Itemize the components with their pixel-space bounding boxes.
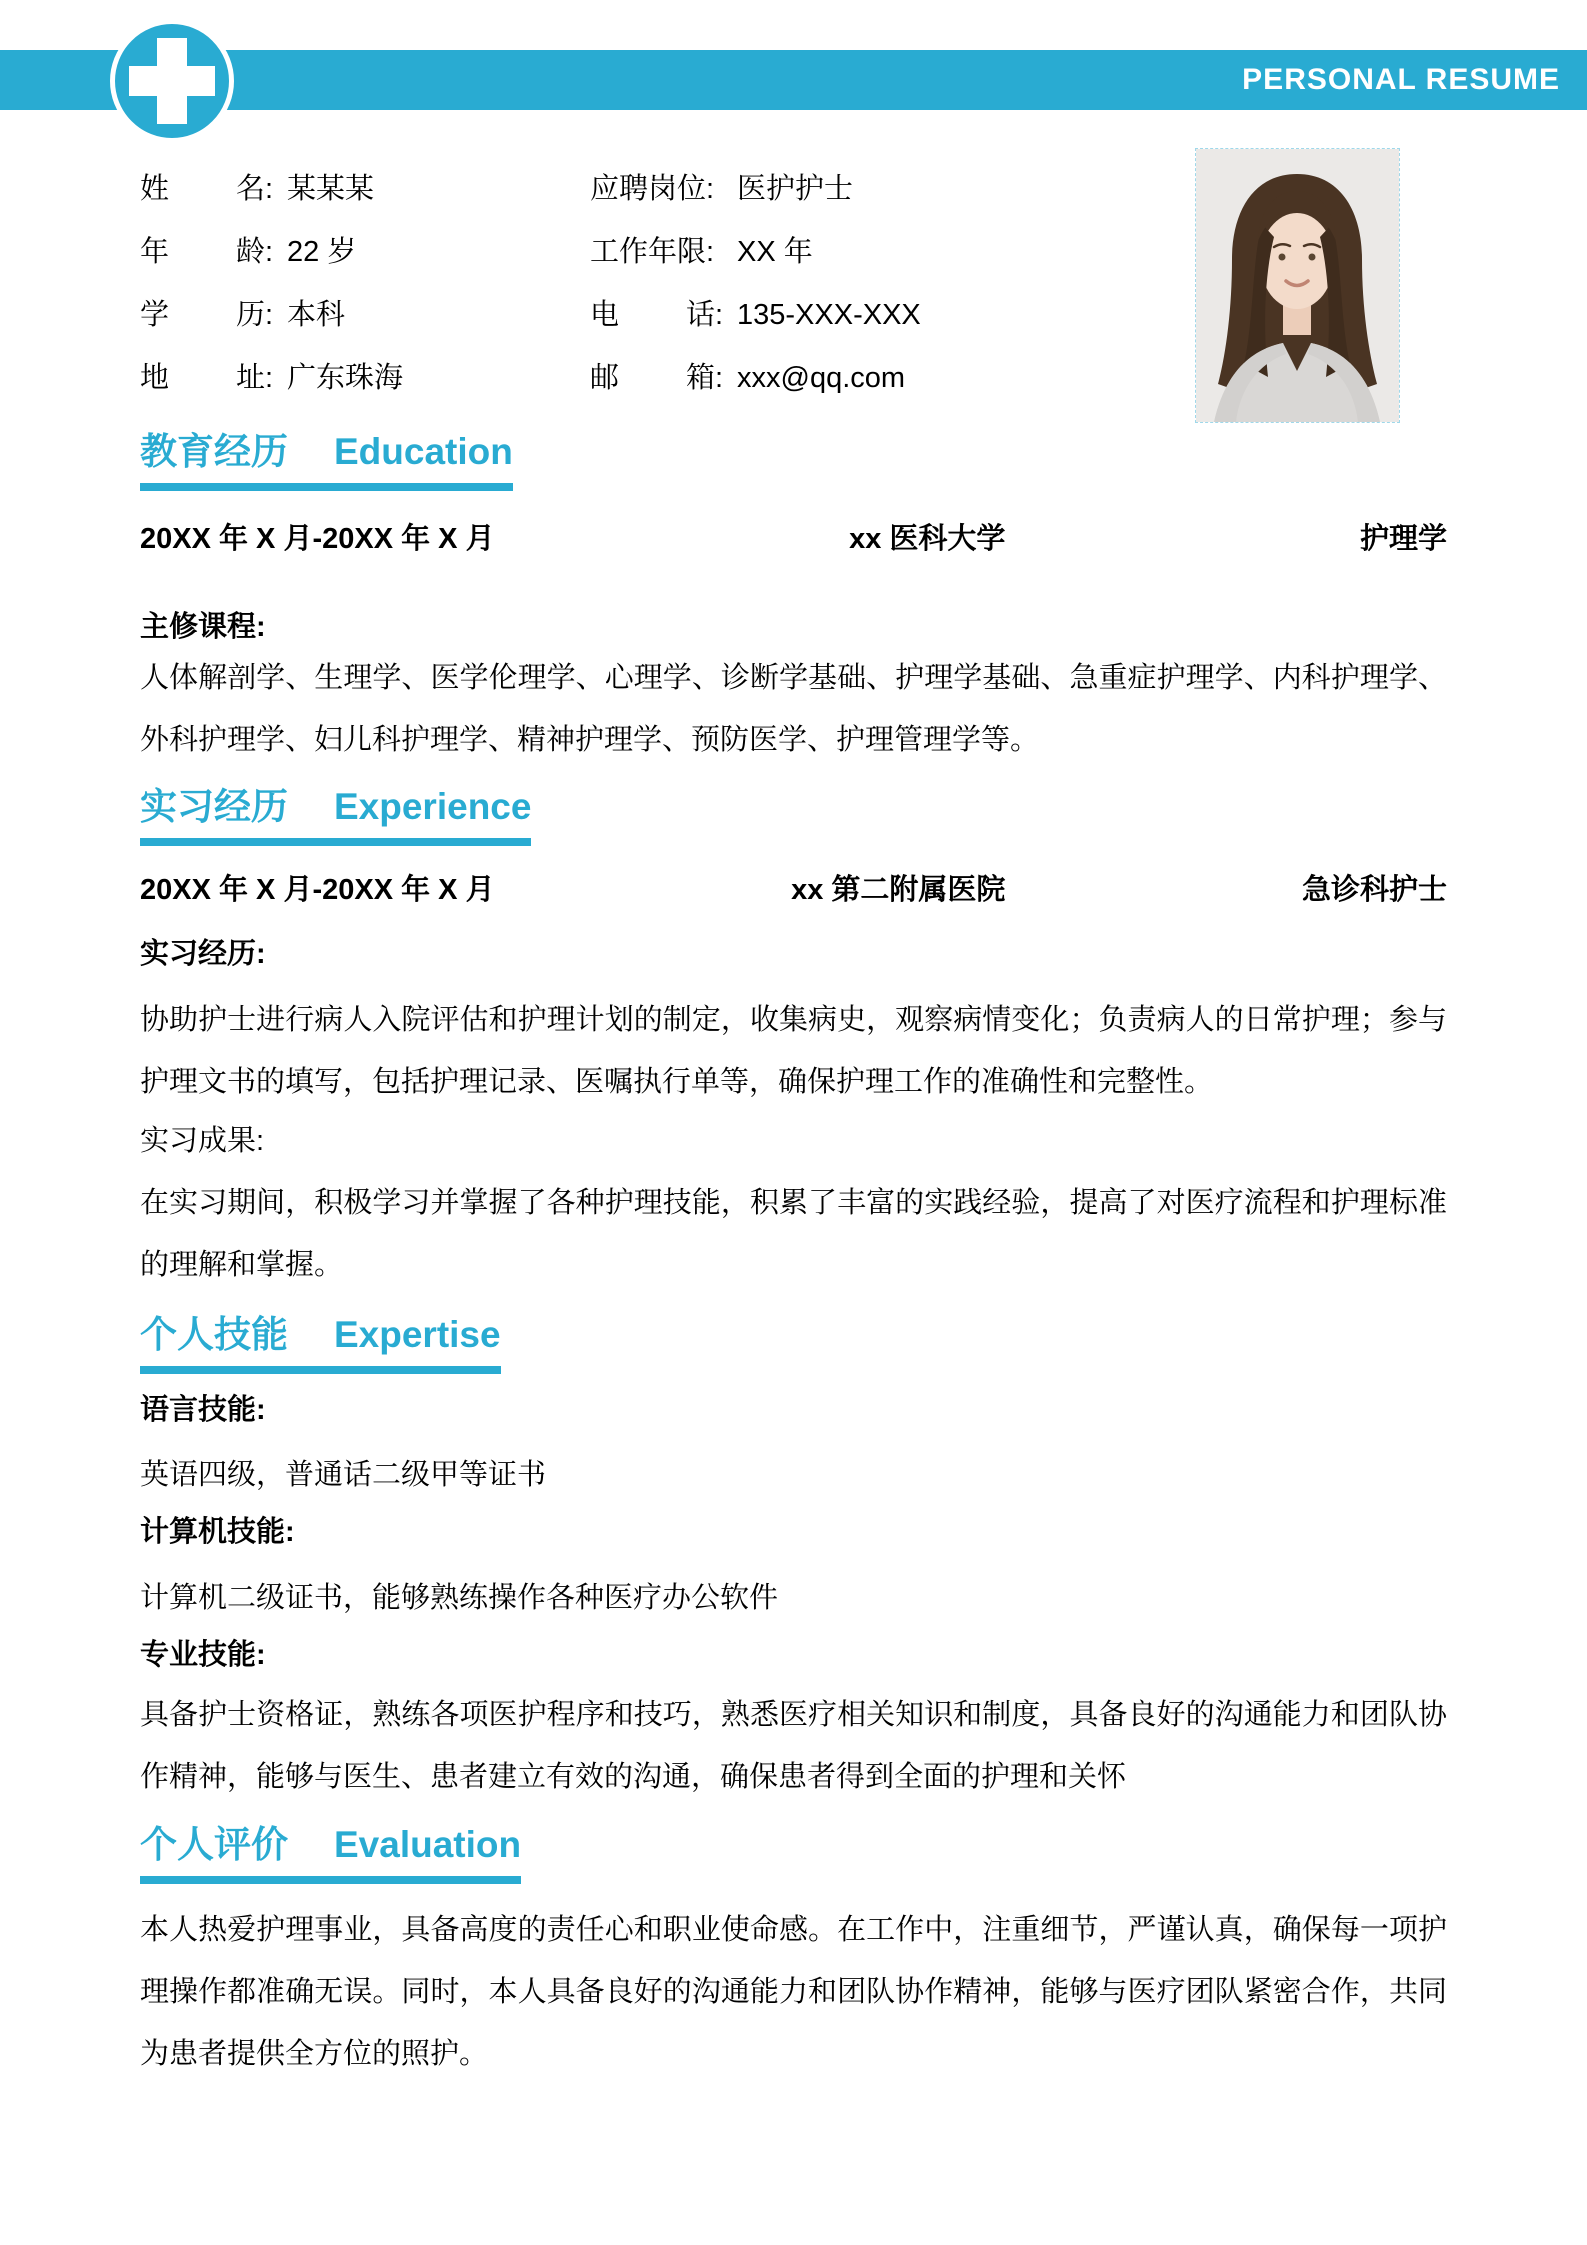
info-label: 工作年限:	[590, 221, 714, 284]
professional-skill-text: 具备护士资格证，熟练各项医护程序和技巧，熟悉医疗相关知识和制度，具备良好的沟通能…	[140, 1684, 1447, 1808]
profile-photo	[1195, 148, 1400, 423]
section-header-expertise: 个人技能Expertise	[140, 1313, 501, 1374]
document-body: 姓名:某某某 年龄:22 岁 学历:本科 地址:广东珠海 应聘岗位:医护护士	[140, 150, 1447, 2085]
education-section: 教育经历Education 20XX 年 X 月-20XX 年 X 月 xx 医…	[140, 410, 1447, 771]
info-row-phone: 电话:135-XXX-XXX	[590, 284, 1150, 347]
resume-page: PERSONAL RESUME 姓名:某某某 年龄:22 岁 学历:本科 地址:…	[0, 0, 1587, 2245]
info-label: 龄:	[236, 221, 273, 284]
info-value: XX 年	[737, 236, 813, 268]
section-title-en: Education	[334, 431, 513, 472]
section-title-en: Experience	[334, 786, 531, 827]
info-label: 学	[140, 284, 169, 347]
education-period: 20XX 年 X 月-20XX 年 X 月	[140, 519, 495, 559]
section-title-zh: 个人评价	[140, 1824, 288, 1865]
computer-skill-text: 计算机二级证书，能够熟练操作各种医疗办公软件	[140, 1567, 1447, 1629]
info-label: 邮	[590, 347, 619, 410]
section-header-experience: 实习经历Experience	[140, 785, 531, 846]
info-right-column: 应聘岗位:医护护士 工作年限:XX 年 电话:135-XXX-XXX 邮箱:xx…	[590, 158, 1150, 410]
section-header-evaluation: 个人评价Evaluation	[140, 1823, 521, 1884]
medical-cross-logo-icon	[110, 19, 234, 143]
info-value: 本科	[287, 299, 345, 331]
education-major: 护理学	[1360, 519, 1447, 559]
info-value: xxx@qq.com	[737, 362, 905, 394]
internship-results-label: 实习成果:	[140, 1121, 1447, 1161]
info-label: 地	[140, 347, 169, 410]
experience-period: 20XX 年 X 月-20XX 年 X 月	[140, 870, 495, 910]
internship-duties-text: 协助护士进行病人入院评估和护理计划的制定，收集病史，观察病情变化；负责病人的日常…	[140, 989, 1447, 1113]
computer-skill-label: 计算机技能:	[140, 1512, 1447, 1552]
info-label: 姓	[140, 158, 169, 221]
experience-section: 实习经历Experience 20XX 年 X 月-20XX 年 X 月 xx …	[140, 771, 1447, 1296]
courses-text: 人体解剖学、生理学、医学伦理学、心理学、诊断学基础、护理学基础、急重症护理学、内…	[140, 647, 1447, 771]
info-row-position: 应聘岗位:医护护士	[590, 158, 1150, 221]
info-value: 广东珠海	[287, 362, 403, 394]
section-header-education: 教育经历Education	[140, 430, 513, 491]
info-label: 址:	[236, 347, 273, 410]
info-value: 某某某	[287, 173, 374, 205]
section-title-zh: 实习经历	[140, 786, 288, 827]
info-label: 年	[140, 221, 169, 284]
section-title-en: Evaluation	[334, 1824, 521, 1865]
professional-skill-label: 专业技能:	[140, 1635, 1447, 1675]
internship-duties-label: 实习经历:	[140, 934, 1447, 974]
info-row-age: 年龄:22 岁	[140, 221, 590, 284]
info-label: 话:	[686, 284, 723, 347]
section-title-zh: 教育经历	[140, 431, 288, 472]
language-skill-text: 英语四级，普通话二级甲等证书	[140, 1444, 1447, 1506]
education-entry-row: 20XX 年 X 月-20XX 年 X 月 xx 医科大学 护理学	[140, 519, 1447, 559]
info-label: 箱:	[686, 347, 723, 410]
info-value: 22 岁	[287, 236, 356, 268]
experience-entry-row: 20XX 年 X 月-20XX 年 X 月 xx 第二附属医院 急诊科护士	[140, 870, 1447, 910]
info-row-name: 姓名:某某某	[140, 158, 590, 221]
expertise-section: 个人技能Expertise 语言技能: 英语四级，普通话二级甲等证书 计算机技能…	[140, 1296, 1447, 1808]
info-label: 名:	[236, 158, 273, 221]
section-title-en: Expertise	[334, 1314, 501, 1355]
experience-role: 急诊科护士	[1302, 870, 1447, 910]
experience-hospital: xx 第二附属医院	[791, 870, 1005, 910]
info-label: 应聘岗位:	[590, 158, 714, 221]
info-value: 医护护士	[737, 173, 853, 205]
info-row-email: 邮箱:xxx@qq.com	[590, 347, 1150, 410]
info-left-column: 姓名:某某某 年龄:22 岁 学历:本科 地址:广东珠海	[140, 158, 590, 410]
info-row-address: 地址:广东珠海	[140, 347, 590, 410]
courses-label: 主修课程:	[140, 607, 1447, 647]
info-row-education: 学历:本科	[140, 284, 590, 347]
info-label: 历:	[236, 284, 273, 347]
internship-results-text: 在实习期间，积极学习并掌握了各种护理技能，积累了丰富的实践经验，提高了对医疗流程…	[140, 1172, 1447, 1296]
portrait-illustration	[1196, 149, 1399, 422]
info-value: 135-XXX-XXX	[737, 299, 921, 331]
info-row-work-years: 工作年限:XX 年	[590, 221, 1150, 284]
evaluation-section: 个人评价Evaluation 本人热爱护理事业，具备高度的责任心和职业使命感。在…	[140, 1808, 1447, 2085]
section-title-zh: 个人技能	[140, 1314, 288, 1355]
cross-icon	[129, 66, 215, 96]
personal-info-section: 姓名:某某某 年龄:22 岁 学历:本科 地址:广东珠海 应聘岗位:医护护士	[140, 158, 1447, 410]
banner-title: PERSONAL RESUME	[1242, 50, 1560, 110]
education-school: xx 医科大学	[849, 519, 1005, 559]
info-label: 电	[590, 284, 619, 347]
evaluation-text: 本人热爱护理事业，具备高度的责任心和职业使命感。在工作中，注重细节，严谨认真，确…	[140, 1899, 1447, 2085]
language-skill-label: 语言技能:	[140, 1390, 1447, 1430]
